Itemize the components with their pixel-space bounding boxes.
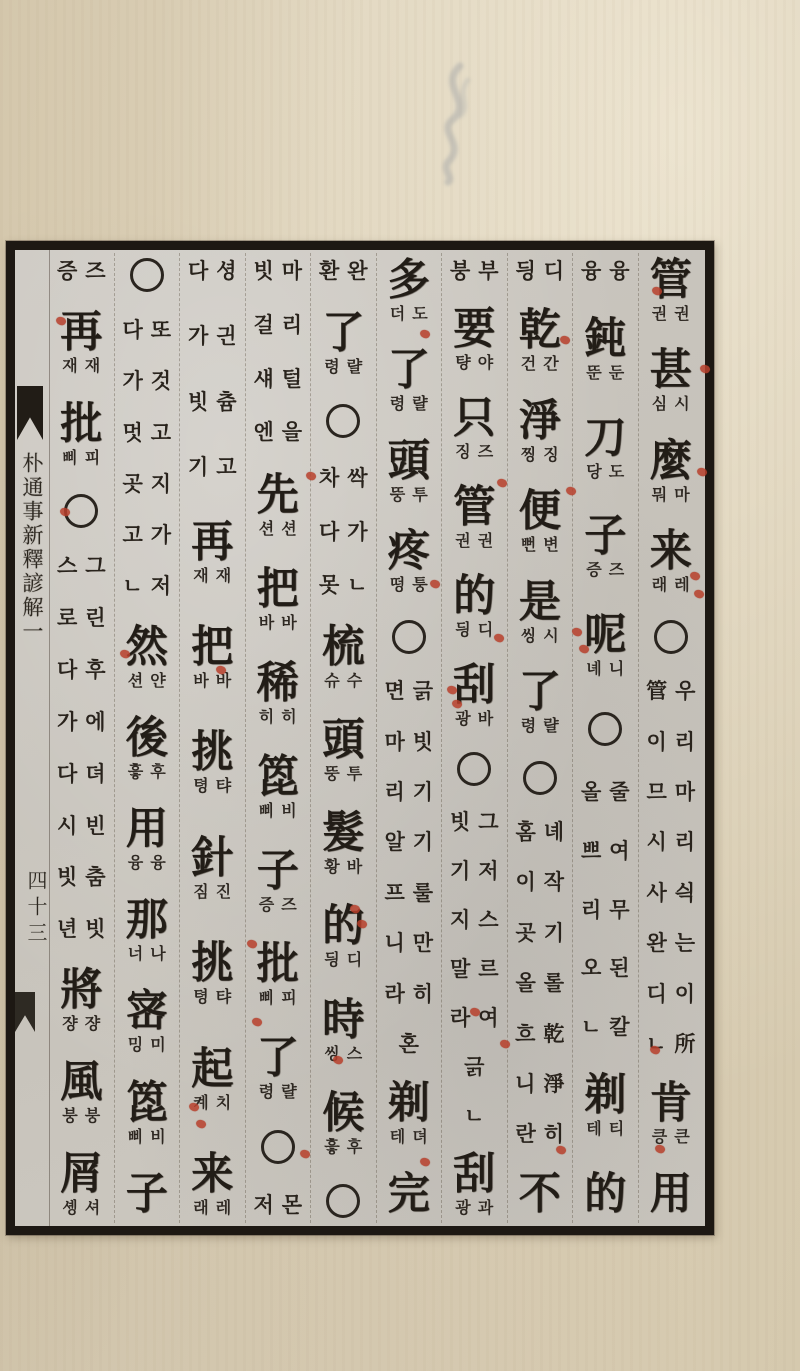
- hanzi-block: 針짐진: [191, 836, 233, 902]
- korean-row: 고가: [115, 522, 180, 548]
- korean-row: 가에: [49, 709, 114, 735]
- korean-row: 사싁: [639, 880, 704, 906]
- hanzi-block: 剃테티: [584, 1073, 626, 1139]
- hanzi-char: 再: [191, 519, 233, 567]
- gloss-pair: 테뎌: [390, 1128, 428, 1147]
- hanzi-char: 批: [257, 942, 299, 990]
- hanzi-char: 要: [453, 306, 495, 354]
- hanzi-char: 梳: [322, 624, 364, 672]
- korean-row: 가긘: [180, 323, 245, 349]
- hanzi-block: 肯킁큰: [650, 1081, 692, 1147]
- hanzi-char: 刮: [453, 1151, 495, 1199]
- circle-mark: [457, 752, 491, 786]
- korean-row: 섀털: [246, 366, 311, 392]
- gloss-pair: 짐진: [193, 883, 231, 902]
- hanzi-block: 了령랼: [519, 670, 561, 736]
- hanzi-char: 肯: [650, 1081, 692, 1129]
- gloss-pair: 씽스: [324, 1045, 362, 1064]
- gloss-pair: 증즈: [586, 561, 624, 580]
- korean-row: 지스: [442, 907, 507, 933]
- gloss-pair: 텽탸: [193, 988, 231, 1007]
- korean-row: 쁘여: [573, 838, 638, 864]
- gloss-pair: 너나: [128, 945, 166, 964]
- gloss-pair: 삐비: [128, 1128, 166, 1147]
- hanzi-block: 刀당도: [584, 416, 626, 482]
- hanzi-char: 剃: [388, 1081, 430, 1129]
- hanzi-char: 了: [322, 310, 364, 358]
- korean-row: 리무: [573, 897, 638, 923]
- hanzi-block: 把바바: [191, 625, 233, 691]
- gloss-pair: 밍미: [128, 1036, 166, 1055]
- folio-number: 四十三: [21, 870, 50, 948]
- gloss-pair: 령랼: [324, 358, 362, 377]
- korean-row: ㄴ칼: [573, 1014, 638, 1040]
- hanzi-char: 頭: [322, 717, 364, 765]
- hanzi-block: 了령랼: [322, 311, 364, 377]
- hanzi-block: 起켸치: [191, 1047, 233, 1113]
- hanzi-block: 稀히히: [257, 661, 299, 727]
- korean-row: 다또: [115, 317, 180, 343]
- text-column: 빗마걸리섀털엔을先션션把바바稀히히箆삐비子증즈批삐피了령랼저몬: [245, 253, 311, 1223]
- korean-row: 프룰: [377, 880, 442, 906]
- hanzi-block: 鈍뚠둔: [584, 317, 626, 383]
- gloss-pair: 붕붕: [62, 1107, 100, 1126]
- hanzi-char: 把: [191, 624, 233, 672]
- hanzi-char: 不: [519, 1171, 561, 1219]
- hanzi-block: 候흫후: [322, 1091, 364, 1157]
- hanzi-block: 麼뭐마: [650, 439, 692, 505]
- hanzi-char: 把: [257, 566, 299, 614]
- gloss-pair: 황바: [324, 858, 362, 877]
- hanzi-block: 風붕붕: [60, 1060, 102, 1126]
- hanzi-block: 挑텽탸: [191, 730, 233, 796]
- korean-row: 디이: [639, 981, 704, 1007]
- center-margin: 朴通事新釋諺解一 四十三: [15, 250, 50, 1226]
- gloss-pair: 령랼: [390, 395, 428, 414]
- hanzi-char: 子: [126, 1171, 168, 1219]
- hanzi-block: 刮광바: [453, 663, 495, 729]
- hanzi-block: 頭뚱투: [322, 718, 364, 784]
- hanzi-char: 剃: [584, 1072, 626, 1120]
- hanzi-char: 頭: [388, 438, 430, 486]
- hanzi-char: 稀: [257, 660, 299, 708]
- hanzi-block: 来래레: [650, 529, 692, 595]
- hanzi-char: 屑: [60, 1151, 102, 1199]
- text-column: 환완了령랼차싹다가못ㄴ梳슈수頭뚱투髮황바的딍디時씽스候흫후: [310, 253, 376, 1223]
- hanzi-block: 時씽스: [322, 998, 364, 1064]
- hanzi-block: 疼떵퉁: [388, 529, 430, 595]
- hanzi-char: 的: [453, 573, 495, 621]
- circle-mark: [654, 620, 688, 654]
- gloss-pair: 뭐마: [652, 486, 690, 505]
- hanzi-block: 先션션: [257, 473, 299, 539]
- hanzi-block: 多더도: [388, 258, 430, 324]
- hanzi-block: 然션얀: [126, 625, 168, 691]
- gloss-pair: 재재: [62, 357, 100, 376]
- page-frame: 朴通事新釋諺解一 四十三 管권권甚심시麼뭐마来래레管우이리므마시리사싁완는디이ㄴ…: [6, 241, 714, 1235]
- gloss-pair: 건간: [521, 355, 559, 374]
- hanzi-char: 甚: [650, 348, 692, 396]
- korean-row: 다후: [49, 657, 114, 683]
- korean-row: 빗그: [442, 809, 507, 835]
- hanzi-block: 的딍디: [453, 574, 495, 640]
- hanzi-char: 鈍: [584, 316, 626, 364]
- korean-row: 증즈: [49, 258, 114, 284]
- gloss-pair: 쟝쟝: [62, 1015, 100, 1034]
- hanzi-char: 髮: [322, 810, 364, 858]
- hanzi-block: 剃테뎌: [388, 1081, 430, 1147]
- hanzi-block: 的: [584, 1172, 626, 1218]
- gloss-pair: 삐비: [259, 802, 297, 821]
- korean-row: 마빗: [377, 729, 442, 755]
- paper: 朴通事新釋諺解一 四十三 管권권甚심시麼뭐마来래레管우이리므마시리사싁완는디이ㄴ…: [0, 0, 800, 1371]
- fishtail-icon: [17, 386, 43, 440]
- gloss-pair: 션얀: [128, 672, 166, 691]
- hanzi-char: 針: [191, 835, 233, 883]
- korean-row: 시리: [639, 829, 704, 855]
- korean-row: 환완: [311, 258, 376, 284]
- korean-row: 다가: [311, 519, 376, 545]
- hanzi-char: 子: [257, 848, 299, 896]
- text-column: 딍디乾건간淨찡징便뻔변是씽시了령랼홈녜이작곳기올롤흐乾니淨란히不: [507, 253, 573, 1223]
- gloss-pair: 광바: [455, 710, 493, 729]
- gloss-pair: 녜니: [586, 660, 624, 679]
- korean-row: 완는: [639, 930, 704, 956]
- hanzi-block: 梳슈수: [322, 625, 364, 691]
- korean-row: 로린: [49, 605, 114, 631]
- korean-row: 차싹: [311, 465, 376, 491]
- gloss-pair: 딍디: [324, 951, 362, 970]
- korean-row: 다셩: [180, 258, 245, 284]
- hanzi-char: 乾: [519, 308, 561, 356]
- korean-row: 면긁: [377, 678, 442, 704]
- korean-row: 가것: [115, 368, 180, 394]
- korean-row: 곳지: [115, 471, 180, 497]
- hanzi-char: 挑: [191, 729, 233, 777]
- hanzi-char: 管: [650, 257, 692, 305]
- korean-row: 올줄: [573, 779, 638, 805]
- korean-row: 다뎌: [49, 761, 114, 787]
- hanzi-char: 是: [519, 579, 561, 627]
- text-column: 융융鈍뚠둔刀당도子증즈呢녜니올줄쁘여리무오된ㄴ칼剃테티的: [572, 253, 638, 1223]
- korean-row: 기저: [442, 858, 507, 884]
- hanzi-char: 再: [60, 309, 102, 357]
- korean-row: 므마: [639, 779, 704, 805]
- gloss-pair: 바바: [259, 614, 297, 633]
- gloss-pair: 히히: [259, 708, 297, 727]
- hanzi-char: 子: [584, 514, 626, 562]
- hanzi-block: 把바바: [257, 567, 299, 633]
- korean-row: 이작: [508, 869, 573, 895]
- korean-row: 붕부: [442, 258, 507, 284]
- korean-row: 이리: [639, 729, 704, 755]
- korean-row: 년빗: [49, 916, 114, 942]
- hanzi-block: 甚심시: [650, 348, 692, 414]
- korean-row: 빗마: [246, 258, 311, 284]
- gloss-pair: 션션: [259, 520, 297, 539]
- circle-mark: [261, 1130, 295, 1164]
- gloss-pair: 징즈: [455, 443, 493, 462]
- korean-row: 시빈: [49, 813, 114, 839]
- korean-row: 융융: [573, 258, 638, 284]
- pencil-smudge: [408, 58, 498, 188]
- korean-row: 빗츔: [180, 389, 245, 415]
- hanzi-char: 先: [257, 472, 299, 520]
- text-columns: 管권권甚심시麼뭐마来래레管우이리므마시리사싁완는디이ㄴ所肯킁큰用융융鈍뚠둔刀당도…: [49, 253, 703, 1223]
- hanzi-char: 用: [650, 1171, 692, 1219]
- gloss-pair: 삐피: [62, 449, 100, 468]
- hanzi-block: 箆삐비: [257, 755, 299, 821]
- gloss-pair: 뻔변: [521, 536, 559, 555]
- gloss-pair: 심시: [652, 395, 690, 414]
- hanzi-char: 呢: [584, 612, 626, 660]
- korean-row: 管우: [639, 678, 704, 704]
- gloss-pair: 재재: [193, 567, 231, 586]
- gloss-pair: 래레: [193, 1199, 231, 1218]
- hanzi-block: 乾건간: [519, 308, 561, 374]
- hanzi-char: 多: [388, 257, 430, 305]
- gloss-pair: 뚠둔: [586, 364, 624, 383]
- gloss-pair: 테티: [586, 1120, 624, 1139]
- korean-row: 말르: [442, 956, 507, 982]
- korean-row: 걸리: [246, 312, 311, 338]
- margin-title: 朴通事新釋諺解一: [19, 452, 45, 644]
- gloss-pair: 뚱투: [324, 765, 362, 784]
- hanzi-block: 那너나: [126, 898, 168, 964]
- hanzi-char: 的: [584, 1171, 626, 1219]
- korean-row: 엔을: [246, 419, 311, 445]
- gloss-pair: 솅셔: [62, 1199, 100, 1218]
- hanzi-char: 挑: [191, 940, 233, 988]
- gloss-pair: 흫후: [128, 763, 166, 782]
- hanzi-char: 来: [650, 528, 692, 576]
- hanzi-char: 了: [388, 348, 430, 396]
- circle-mark: [392, 620, 426, 654]
- gloss-pair: 융융: [128, 854, 166, 873]
- korean-row: 니淨: [508, 1071, 573, 1097]
- gloss-pair: 켸치: [193, 1094, 231, 1113]
- gloss-pair: 턍야: [455, 354, 493, 373]
- hanzi-char: 那: [126, 897, 168, 945]
- gloss-pair: 떵퉁: [390, 576, 428, 595]
- gloss-pair: 래레: [652, 576, 690, 595]
- hanzi-block: 子증즈: [257, 849, 299, 915]
- hanzi-block: 挑텽탸: [191, 941, 233, 1007]
- gloss-pair: 삐피: [259, 989, 297, 1008]
- korean-row: ㄴ저: [115, 573, 180, 599]
- hanzi-block: 將쟝쟝: [60, 968, 102, 1034]
- korean-row: 라히: [377, 981, 442, 1007]
- gloss-pair: 흫후: [324, 1138, 362, 1157]
- hanzi-char: 了: [519, 669, 561, 717]
- hanzi-char: 了: [257, 1035, 299, 1083]
- hanzi-block: 箆삐비: [126, 1081, 168, 1147]
- hanzi-block: 呢녜니: [584, 613, 626, 679]
- korean-row: 올롤: [508, 970, 573, 996]
- text-column: 多더도了령랼頭뚱투疼떵퉁면긁마빗리기알기프룰니만라히혼剃테뎌完: [376, 253, 442, 1223]
- gloss-pair: 텽탸: [193, 777, 231, 796]
- text-column: 管권권甚심시麼뭐마来래레管우이리므마시리사싁완는디이ㄴ所肯킁큰用: [638, 253, 704, 1223]
- gloss-pair: 권권: [652, 305, 690, 324]
- text-column: 붕부要턍야只징즈管권권的딍디刮광바빗그기저지스말르라여긁ㄴ刮광과: [441, 253, 507, 1223]
- hanzi-char: 然: [126, 624, 168, 672]
- korean-row: ㄴ: [442, 1103, 507, 1129]
- hanzi-char: 管: [453, 484, 495, 532]
- korean-row: 란히: [508, 1121, 573, 1147]
- korean-row: 홈녜: [508, 819, 573, 845]
- hanzi-block: 了령랼: [388, 348, 430, 414]
- hanzi-char: 起: [191, 1046, 233, 1094]
- text-column: 증즈再재재批삐피스그로린다후가에다뎌시빈빗춤년빗將쟝쟝風붕붕屑솅셔: [49, 253, 114, 1223]
- hanzi-block: 髮황바: [322, 811, 364, 877]
- korean-row: 멋고: [115, 420, 180, 446]
- hanzi-block: 屑솅셔: [60, 1152, 102, 1218]
- hanzi-char: 批: [60, 401, 102, 449]
- hanzi-block: 淨찡징: [519, 399, 561, 465]
- hanzi-block: 是씽시: [519, 580, 561, 646]
- hanzi-char: 便: [519, 488, 561, 536]
- hanzi-block: 用융융: [126, 807, 168, 873]
- hanzi-char: 箆: [126, 1080, 168, 1128]
- fishtail-icon: [15, 992, 35, 1032]
- hanzi-block: 再재재: [60, 310, 102, 376]
- hanzi-char: 刀: [584, 415, 626, 463]
- hanzi-char: 淨: [519, 398, 561, 446]
- hanzi-block: 再재재: [191, 520, 233, 586]
- hanzi-block: 不: [519, 1172, 561, 1218]
- text-column: 다또가것멋고곳지고가ㄴ저然션얀後흫후用융융那너나宻밍미箆삐비子: [114, 253, 180, 1223]
- hanzi-block: 子증즈: [584, 514, 626, 580]
- korean-row: 곳기: [508, 920, 573, 946]
- text-column: 다셩가긘빗츔기고再재재把바바挑텽탸針짐진挑텽탸起켸치来래레: [179, 253, 245, 1223]
- gloss-pair: 광과: [455, 1199, 493, 1218]
- circle-mark: [326, 1184, 360, 1218]
- hanzi-block: 刮광과: [453, 1152, 495, 1218]
- gloss-pair: 딍디: [455, 621, 493, 640]
- hanzi-block: 的딍디: [322, 904, 364, 970]
- gloss-pair: 증즈: [259, 896, 297, 915]
- hanzi-block: 管권권: [453, 485, 495, 551]
- korean-row: 흐乾: [508, 1021, 573, 1047]
- hanzi-char: 来: [191, 1151, 233, 1199]
- gloss-pair: 당도: [586, 463, 624, 482]
- circle-mark: [523, 761, 557, 795]
- korean-row: ㄴ所: [639, 1031, 704, 1057]
- gloss-pair: 뚱투: [390, 486, 428, 505]
- hanzi-block: 後흫후: [126, 716, 168, 782]
- hanzi-char: 只: [453, 395, 495, 443]
- hanzi-block: 来래레: [191, 1152, 233, 1218]
- hanzi-char: 箆: [257, 754, 299, 802]
- gloss-pair: 더도: [390, 305, 428, 324]
- hanzi-block: 用: [650, 1172, 692, 1218]
- page-inner: 朴通事新釋諺解一 四十三 管권권甚심시麼뭐마来래레管우이리므마시리사싁완는디이ㄴ…: [15, 250, 705, 1226]
- hanzi-block: 要턍야: [453, 307, 495, 373]
- gloss-pair: 령랼: [521, 717, 559, 736]
- korean-row: 빗춤: [49, 864, 114, 890]
- korean-row: 리기: [377, 779, 442, 805]
- hanzi-char: 時: [322, 997, 364, 1045]
- hanzi-block: 了령랼: [257, 1036, 299, 1102]
- circle-mark: [326, 404, 360, 438]
- hanzi-char: 用: [126, 806, 168, 854]
- hanzi-block: 批삐피: [60, 402, 102, 468]
- gloss-pair: 권권: [455, 532, 493, 551]
- hanzi-char: 將: [60, 967, 102, 1015]
- gloss-pair: 씽시: [521, 627, 559, 646]
- hanzi-char: 風: [60, 1059, 102, 1107]
- korean-row: 알기: [377, 829, 442, 855]
- hanzi-block: 完: [388, 1172, 430, 1218]
- circle-mark: [588, 712, 622, 746]
- hanzi-block: 只징즈: [453, 396, 495, 462]
- gloss-pair: 령랼: [259, 1083, 297, 1102]
- hanzi-char: 麼: [650, 438, 692, 486]
- korean-row: 니만: [377, 930, 442, 956]
- korean-row: 오된: [573, 955, 638, 981]
- korean-row: 딍디: [508, 258, 573, 284]
- gloss-pair: 바바: [193, 672, 231, 691]
- korean-row: 기고: [180, 454, 245, 480]
- korean-row: 스그: [49, 553, 114, 579]
- hanzi-block: 頭뚱투: [388, 439, 430, 505]
- korean-row: 혼: [377, 1031, 442, 1057]
- hanzi-char: 候: [322, 1090, 364, 1138]
- korean-row: 저몬: [246, 1192, 311, 1218]
- gloss-pair: 슈수: [324, 672, 362, 691]
- korean-row: 긁: [442, 1054, 507, 1080]
- circle-mark: [130, 258, 164, 292]
- hanzi-char: 完: [388, 1171, 430, 1219]
- hanzi-char: 宻: [126, 988, 168, 1036]
- gloss-pair: 찡징: [521, 446, 559, 465]
- hanzi-block: 批삐피: [257, 942, 299, 1008]
- korean-row: 못ㄴ: [311, 572, 376, 598]
- hanzi-char: 疼: [388, 528, 430, 576]
- hanzi-block: 子: [126, 1172, 168, 1218]
- hanzi-block: 便뻔변: [519, 489, 561, 555]
- hanzi-block: 宻밍미: [126, 989, 168, 1055]
- hanzi-char: 後: [126, 715, 168, 763]
